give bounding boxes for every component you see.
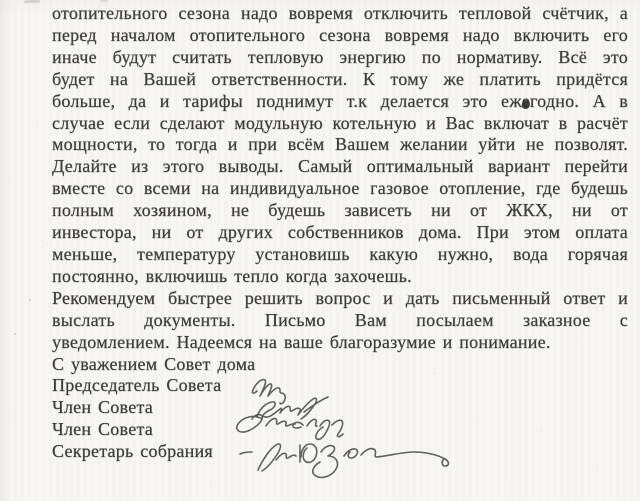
scan-noise-speckles [0,0,2,2]
scan-edge-artifact [24,0,40,3]
text-line: иначе будут считать тепловую энергию по … [52,47,628,69]
text-line: отопительного сезона надо вовремя отключ… [52,3,628,25]
signer-role-member-2: Член Совета [52,419,628,441]
closing-line: С уважением Совет дома [52,354,628,376]
text-line: будет на Вашей ответственности. К тому ж… [52,69,628,91]
signer-role-chairman: Председатель Совета [52,375,628,397]
text-line: мощности, то тогда и при всём Вашем жела… [52,134,628,156]
text-line: уведомлением. Надеемся на ваше благоразу… [52,332,628,354]
text-line: Делайте из этого выводы. Самый оптимальн… [52,156,628,178]
text-line: меньше, температуру установишь какую нуж… [52,244,628,266]
scanned-letter-page: отопительного сезона надо вовремя отключ… [0,0,640,501]
text-line: постоянно, включишь тепло когда захочешь… [52,266,628,288]
text-line: случае если сделают модульную котельную … [52,113,628,135]
text-line: больше, да и тарифы поднимут т.к делаетс… [52,91,628,113]
text-line: вместе со всеми на индивидуальное газово… [52,178,628,200]
signer-role-secretary: Секретарь собрания [52,441,628,463]
signer-role-member-1: Член Совета [52,397,628,419]
letter-text-block: отопительного сезона надо вовремя отключ… [52,3,628,463]
text-line: перед началом отопительного сезона вовре… [52,25,628,47]
text-line: инвестора, ни от других собственников до… [52,222,628,244]
scan-edge-artifact [100,0,108,2]
text-line: полным хозяином, не будешь зависеть ни о… [52,200,628,222]
text-line: Рекомендуем быстрее решить вопрос и дать… [52,288,628,310]
text-line: выслать документы. Письмо Вам посылаем з… [52,310,628,332]
